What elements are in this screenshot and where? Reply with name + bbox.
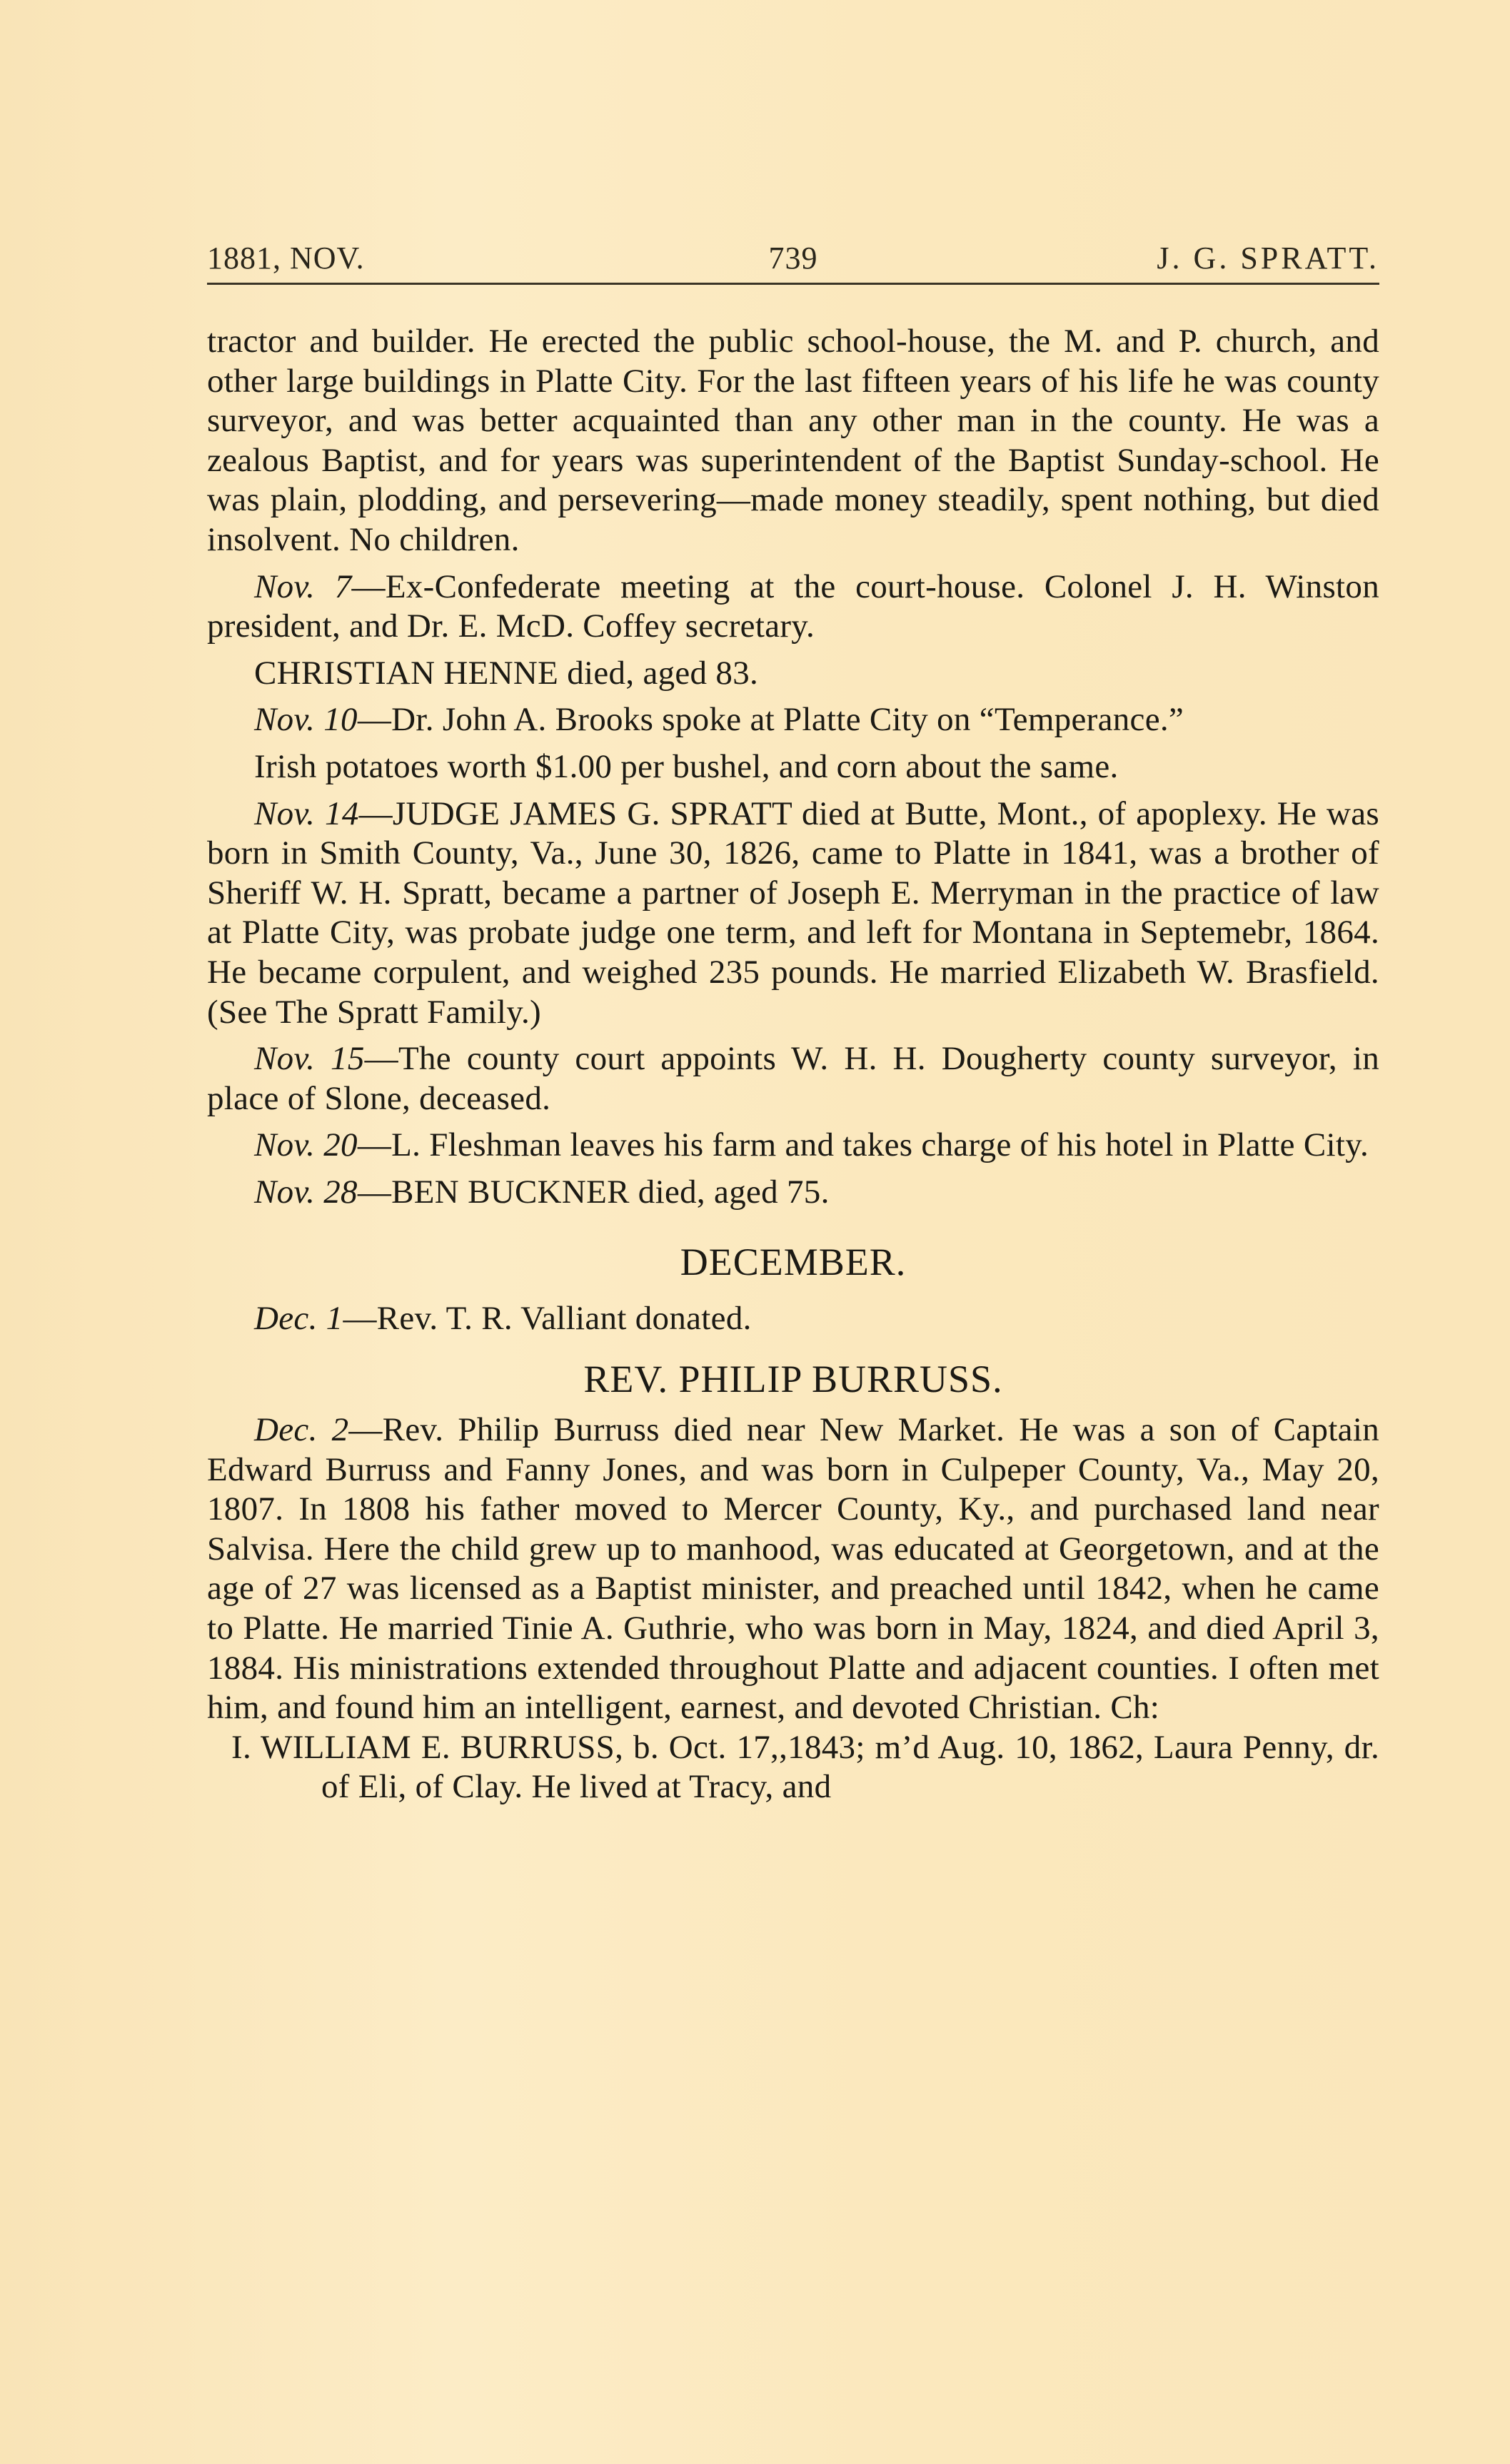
entry-date: Dec. 1: [254, 1300, 343, 1337]
entry-nov-28: Nov. 28—BEN BUCKNER died, aged 75.: [207, 1173, 1379, 1213]
child-entry-text: I. WILLIAM E. BURRUSS, b. Oct. 17,,1843;…: [231, 1729, 1379, 1806]
entry-date: Nov. 14: [254, 795, 359, 832]
body-text: tractor and builder. He erected the publ…: [207, 322, 1379, 1807]
section-heading-burruss: REV. PHILIP BURRUSS.: [207, 1358, 1379, 1400]
entry-nov-14: Nov. 14—JUDGE JAMES G. SPRATT died at Bu…: [207, 794, 1379, 1033]
child-entry-william: I. WILLIAM E. BURRUSS, b. Oct. 17,,1843;…: [207, 1728, 1379, 1807]
paragraph-continuation: tractor and builder. He erected the publ…: [207, 322, 1379, 560]
entry-text: —Dr. John A. Brooks spoke at Platte City…: [358, 701, 1184, 738]
entry-text: —BEN BUCKNER died, aged 75.: [358, 1173, 830, 1211]
entry-date: Nov. 20: [254, 1126, 358, 1163]
entry-text: —JUDGE JAMES G. SPRATT died at Butte, Mo…: [207, 795, 1379, 1031]
entry-nov-20: Nov. 20—L. Fleshman leaves his farm and …: [207, 1126, 1379, 1166]
entry-potatoes: Irish potatoes worth $1.00 per bushel, a…: [207, 747, 1379, 787]
entry-nov-15: Nov. 15—The county court appoints W. H. …: [207, 1039, 1379, 1119]
entry-text: CHRISTIAN HENNE died, aged 83.: [254, 655, 758, 692]
book-page: 1881, NOV. 739 J. G. SPRATT. tractor and…: [207, 236, 1379, 1807]
entry-nov-7: Nov. 7—Ex-Confederate meeting at the cou…: [207, 567, 1379, 647]
running-head-title: J. G. SPRATT.: [1157, 240, 1379, 276]
entry-text: Irish potatoes worth $1.00 per bushel, a…: [254, 748, 1119, 785]
entry-dec-2: Dec. 2—Rev. Philip Burruss died near New…: [207, 1410, 1379, 1728]
paragraph-text: tractor and builder. He erected the publ…: [207, 323, 1379, 558]
running-head: 1881, NOV. 739 J. G. SPRATT.: [207, 236, 1379, 281]
entry-text: —Rev. Philip Burruss died near New Marke…: [207, 1411, 1379, 1726]
entry-date: Nov. 15: [254, 1040, 365, 1077]
entry-dec-1: Dec. 1—Rev. T. R. Valliant donated.: [207, 1299, 1379, 1339]
entry-text: —Rev. T. R. Valliant donated.: [343, 1300, 751, 1337]
entry-nov-10: Nov. 10—Dr. John A. Brooks spoke at Plat…: [207, 700, 1379, 740]
entry-date: Nov. 10: [254, 701, 358, 738]
entry-date: Nov. 28: [254, 1173, 358, 1211]
entry-text: —The county court appoints W. H. H. Doug…: [207, 1040, 1379, 1117]
entry-date: Dec. 2: [254, 1411, 348, 1448]
section-heading-december: DECEMBER.: [207, 1241, 1379, 1283]
entry-text: —Ex-Confederate meeting at the court-hou…: [207, 568, 1379, 645]
entry-text: —L. Fleshman leaves his farm and takes c…: [358, 1126, 1369, 1163]
header-rule: [207, 283, 1379, 285]
entry-henne: CHRISTIAN HENNE died, aged 83.: [207, 654, 1379, 694]
entry-date: Nov. 7: [254, 568, 352, 605]
